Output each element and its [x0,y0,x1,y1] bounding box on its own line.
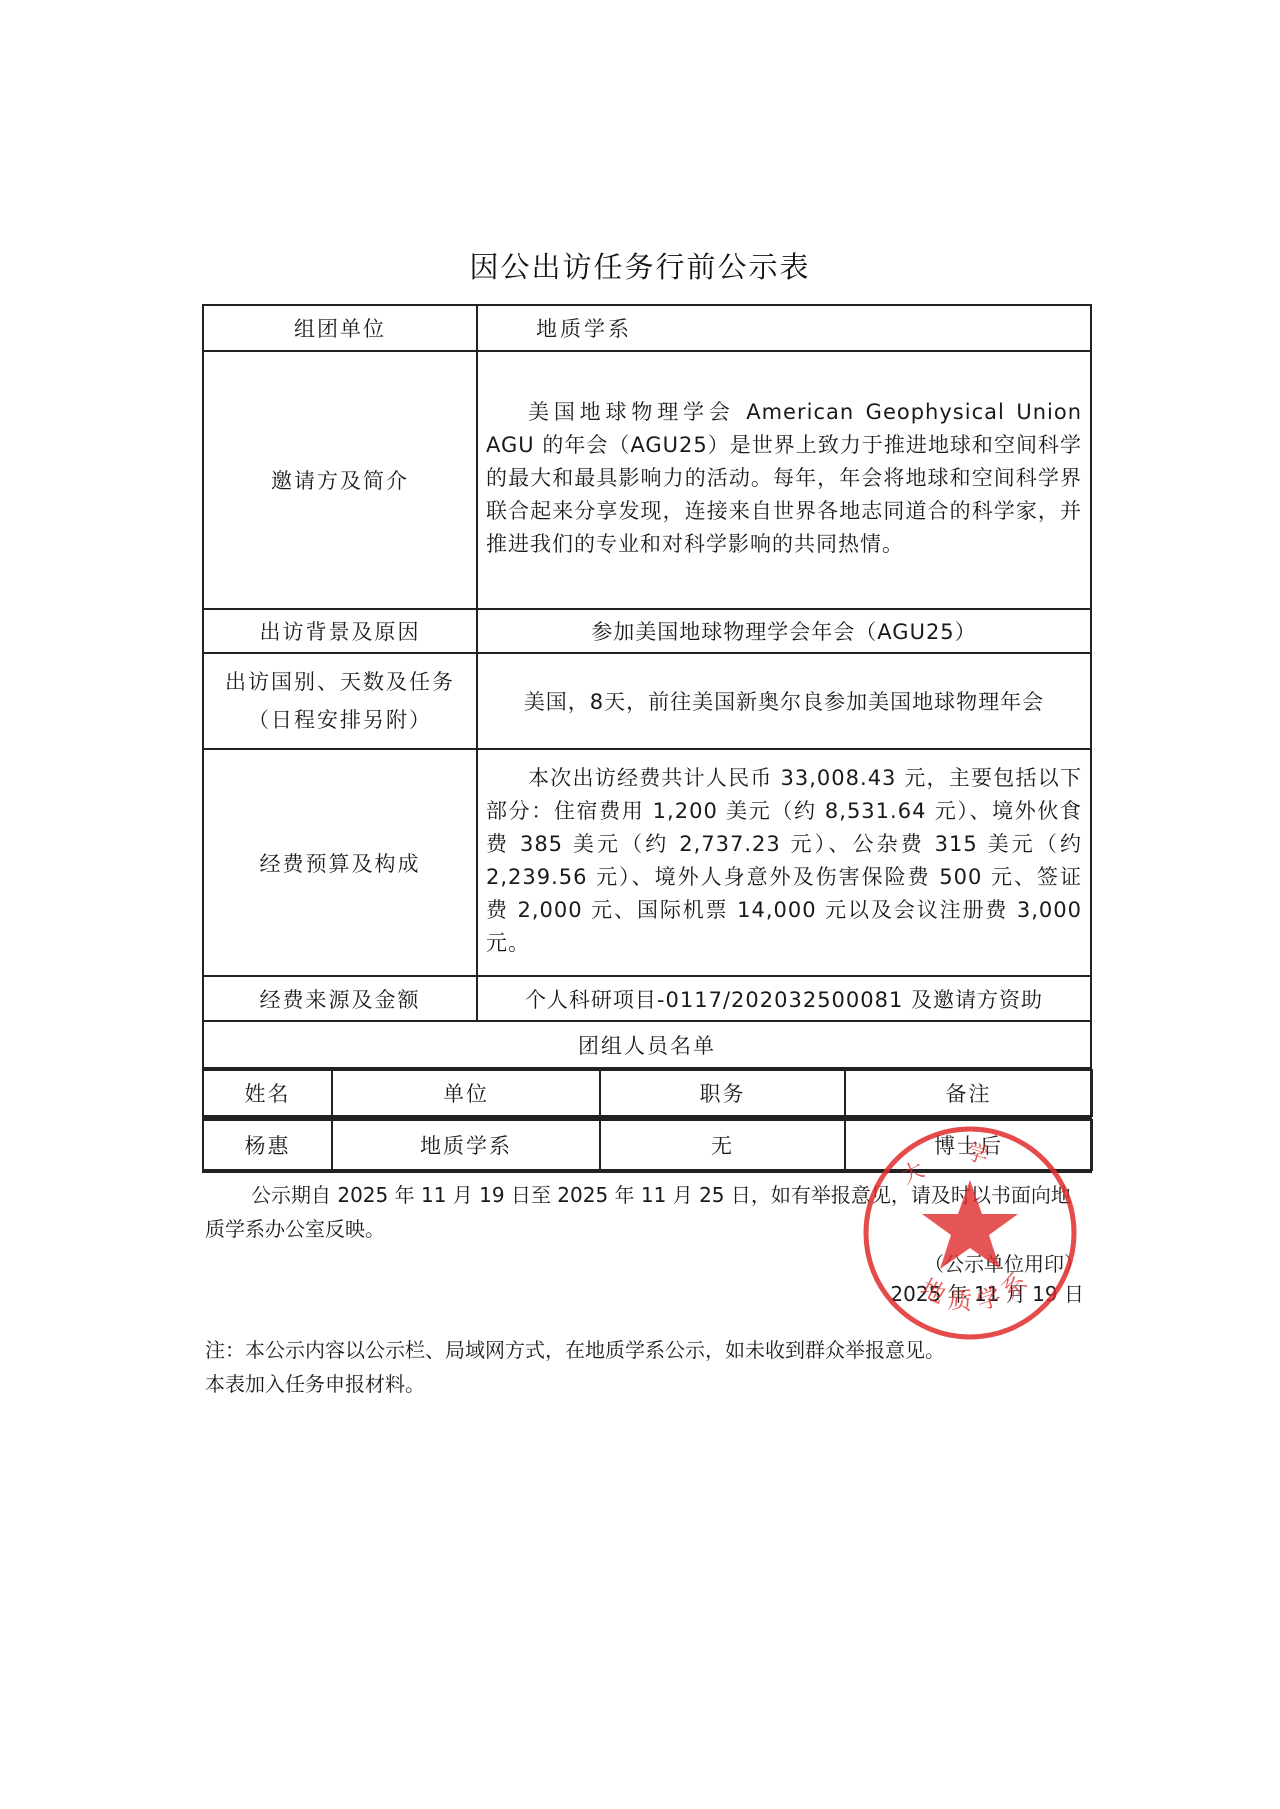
row-budget: 经费预算及构成 本次出访经费共计人民币 33,008.43 元，主要包括以下部分… [203,749,1091,976]
budget-label: 经费预算及构成 [203,749,477,976]
header-remarks: 备注 [845,1070,1092,1116]
member-row: 杨惠 地质学系 无 博士后 [203,1118,1091,1172]
inviter-description: 美国地球物理学会 American Geophysical Union AGU … [477,351,1091,609]
row-funding: 经费来源及金额 个人科研项目-0117/202032500081 及邀请方资助 [203,976,1091,1021]
publicity-period-notice: 公示期自 2025 年 11 月 19 日至 2025 年 11 月 25 日，… [205,1178,1085,1246]
header-unit: 单位 [332,1070,600,1116]
background-label: 出访背景及原因 [203,609,477,653]
destination-label: 出访国别、天数及任务 （日程安排另附） [203,653,477,749]
row-destination: 出访国别、天数及任务 （日程安排另附） 美国，8天，前往美国新奥尔良参加美国地球… [203,653,1091,749]
funding-value: 个人科研项目-0117/202032500081 及邀请方资助 [477,976,1091,1021]
destination-label-line1: 出访国别、天数及任务 [204,663,476,701]
member-name: 杨惠 [204,1120,332,1170]
members-header-table: 姓名 单位 职务 备注 [204,1069,1093,1117]
group-unit-label: 组团单位 [203,305,477,351]
members-header-row: 姓名 单位 职务 备注 [203,1068,1091,1118]
stamp-label: （公示单位用印） [924,1248,1084,1277]
members-section-title: 团组人员名单 [203,1021,1091,1068]
destination-label-line2: （日程安排另附） [204,701,476,739]
budget-value: 本次出访经费共计人民币 33,008.43 元，主要包括以下部分：住宿费用 1,… [477,749,1091,976]
footnote-line1: 注：本公示内容以公示栏、局域网方式，在地质学系公示，如未收到群众举报意见。 [205,1333,1095,1367]
row-group-unit: 组团单位 地质学系 [203,305,1091,351]
background-value: 参加美国地球物理学会年会（AGU25） [477,609,1091,653]
member-remarks: 博士后 [845,1120,1092,1170]
row-inviter: 邀请方及简介 美国地球物理学会 American Geophysical Uni… [203,351,1091,609]
stamp-date: 2025 年 11 月 19 日 [890,1278,1084,1307]
document-title: 因公出访任务行前公示表 [0,245,1280,286]
funding-label: 经费来源及金额 [203,976,477,1021]
header-position: 职务 [600,1070,845,1116]
row-background: 出访背景及原因 参加美国地球物理学会年会（AGU25） [203,609,1091,653]
inviter-label: 邀请方及简介 [203,351,477,609]
member-row-table: 杨惠 地质学系 无 博士后 [204,1119,1093,1171]
group-unit-value: 地质学系 [477,305,1091,351]
destination-value: 美国，8天，前往美国新奥尔良参加美国地球物理年会 [477,653,1091,749]
footnote-line2: 本表加入任务申报材料。 [205,1367,1095,1401]
publicity-form-table: 组团单位 地质学系 邀请方及简介 美国地球物理学会 American Geoph… [202,304,1092,1173]
row-members-title: 团组人员名单 [203,1021,1091,1068]
member-unit: 地质学系 [332,1120,600,1170]
footnote: 注：本公示内容以公示栏、局域网方式，在地质学系公示，如未收到群众举报意见。 本表… [205,1333,1095,1401]
header-name: 姓名 [204,1070,332,1116]
member-position: 无 [600,1120,845,1170]
